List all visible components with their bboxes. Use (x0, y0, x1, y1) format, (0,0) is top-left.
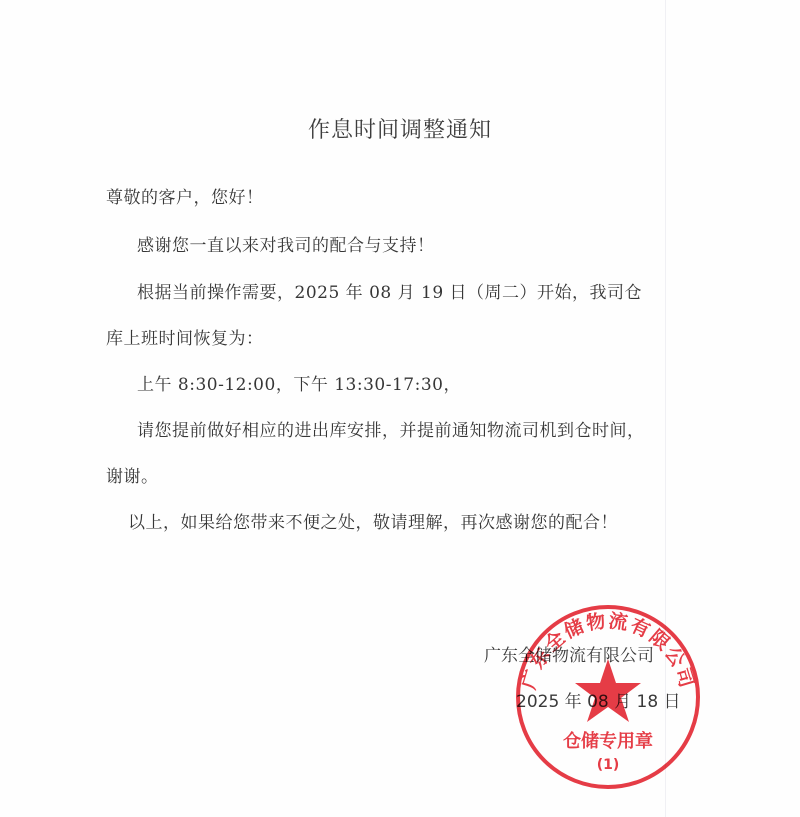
working-hours: 上午 8:30-12:00，下午 13:30-17:30， (137, 370, 461, 395)
paragraph-arrangement-line2: 谢谢。 (106, 462, 159, 487)
greeting: 尊敬的客户，您好！ (106, 183, 264, 208)
paragraph-thanks: 感谢您一直以来对我司的配合与支持！ (137, 231, 435, 256)
document-page: 作息时间调整通知 尊敬的客户，您好！ 感谢您一直以来对我司的配合与支持！ 根据当… (0, 0, 800, 817)
svg-text:仓储专用章: 仓储专用章 (563, 730, 653, 752)
paragraph-closing: 以上，如果给您带来不便之处，敬请理解，再次感谢您的配合！ (128, 508, 618, 533)
company-seal-icon: 广东全储物流有限公司 仓储专用章 (1) (508, 597, 708, 797)
paragraph-schedule-line2: 库上班时间恢复为： (106, 324, 264, 349)
document-title: 作息时间调整通知 (0, 113, 800, 144)
paragraph-schedule-line1: 根据当前操作需要，2025 年 08 月 19 日（周二）开始，我司仓 (137, 278, 642, 303)
paragraph-arrangement-line1: 请您提前做好相应的进出库安排，并提前通知物流司机到仓时间， (137, 416, 645, 441)
svg-text:(1): (1) (597, 757, 620, 773)
